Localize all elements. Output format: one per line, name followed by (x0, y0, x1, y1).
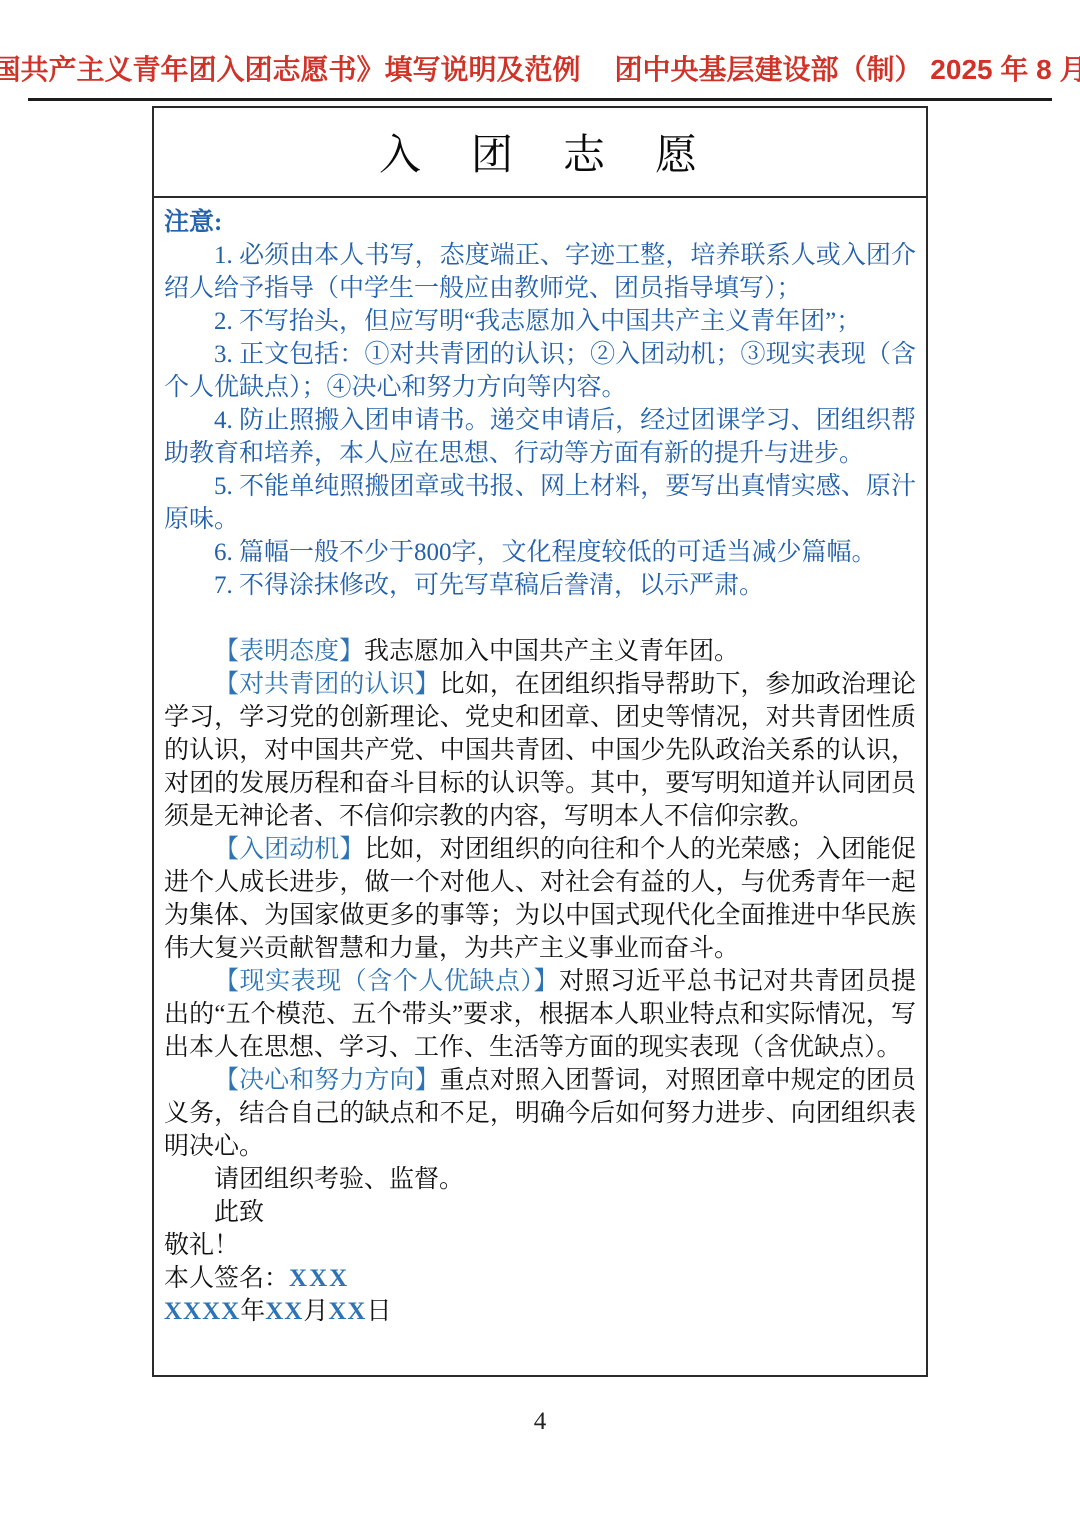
notice-item-3: 3. 正文包括：①对共青团的认识；②入团动机；③现实表现（含个人优缺点）；④决心… (164, 338, 916, 404)
notice-item-6: 6. 篇幅一般不少于800字，文化程度较低的可适当减少篇幅。 (164, 536, 916, 569)
example-paragraph-determination: 【决心和努力方向】重点对照入团誓词，对照团章中规定的团员义务，结合自己的缺点和不… (164, 1064, 916, 1163)
form-box: 入 团 志 愿 注意: 1. 必须由本人书写，态度端正、字迹工整，培养联系人或入… (152, 106, 928, 1377)
notice-item-1: 1. 必须由本人书写，态度端正、字迹工整，培养联系人或入团介绍人给予指导（中学生… (164, 239, 916, 305)
signature-value: XXX (289, 1265, 349, 1292)
date-row: XXXX年XX月XX日 (164, 1295, 916, 1328)
example-paragraph-attitude: 【表明态度】我志愿加入中国共产主义青年团。 (164, 635, 916, 668)
header-title-left: 《中国共产主义青年团入团志愿书》填写说明及范例 (0, 54, 581, 86)
form-title: 入 团 志 愿 (379, 122, 701, 182)
form-title-section: 入 团 志 愿 (154, 108, 926, 198)
paragraph-label: 【表明态度】 (214, 638, 364, 665)
date-year-value: XXXX (164, 1298, 240, 1325)
paragraph-label: 【对共青团的认识】 (214, 671, 440, 698)
header-divider (28, 98, 1052, 101)
example-section: 【表明态度】我志愿加入中国共产主义青年团。 【对共青团的认识】比如，在团组织指导… (164, 635, 916, 1262)
header-title-right: 团中央基层建设部（制） 2025 年 8 月发布 (615, 54, 1080, 86)
paragraph-label: 【现实表现（含个人优缺点）】 (214, 968, 559, 995)
document-header: 《中国共产主义青年团入团志愿书》填写说明及范例 团中央基层建设部（制） 2025… (0, 0, 1080, 86)
example-paragraph-performance: 【现实表现（含个人优缺点）】对照习近平总书记对共青团员提出的“五个模范、五个带头… (164, 965, 916, 1064)
closing-line-cizhi: 此致 (164, 1196, 916, 1229)
form-body: 注意: 1. 必须由本人书写，态度端正、字迹工整，培养联系人或入团介绍人给予指导… (154, 198, 926, 1328)
notice-item-7: 7. 不得涂抹修改，可先写草稿后誊清，以示严肃。 (164, 569, 916, 602)
notice-item-2: 2. 不写抬头，但应写明“我志愿加入中国共产主义青年团”； (164, 305, 916, 338)
example-paragraph-motivation: 【入团动机】比如，对团组织的向往和个人的光荣感；入团能促进个人成长进步，做一个对… (164, 833, 916, 965)
date-day-value: XX (328, 1298, 366, 1325)
date-year-unit: 年 (240, 1298, 265, 1325)
example-paragraph-understanding: 【对共青团的认识】比如，在团组织指导帮助下，参加政治理论学习，学习党的创新理论、… (164, 668, 916, 833)
notice-heading: 注意: (164, 206, 916, 239)
signature-row: 本人签名：XXX (164, 1262, 916, 1295)
date-month-unit: 月 (303, 1298, 328, 1325)
closing-line-salute: 敬礼！ (164, 1229, 916, 1262)
paragraph-label: 【决心和努力方向】 (214, 1067, 440, 1094)
notice-item-4: 4. 防止照搬入团申请书。递交申请后，经过团课学习、团组织帮助教育和培养，本人应… (164, 404, 916, 470)
date-day-unit: 日 (366, 1298, 391, 1325)
page-number: 4 (0, 1408, 1080, 1436)
paragraph-text: 我志愿加入中国共产主义青年团。 (364, 638, 739, 665)
paragraph-label: 【入团动机】 (214, 836, 364, 863)
notice-item-5: 5. 不能单纯照搬团章或书报、网上材料，要写出真情实感、原汁原味。 (164, 470, 916, 536)
closing-line-supervision: 请团组织考验、监督。 (164, 1163, 916, 1196)
signature-label: 本人签名： (164, 1265, 289, 1292)
date-month-value: XX (265, 1298, 303, 1325)
